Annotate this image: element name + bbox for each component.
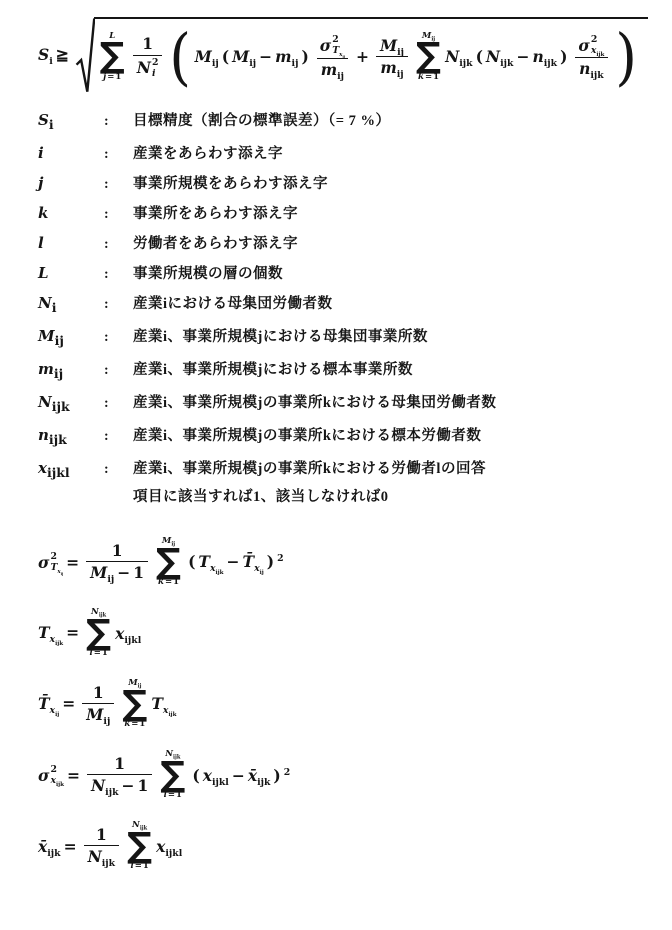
superscript: 2	[284, 767, 290, 778]
subscript: ijk	[55, 641, 63, 647]
denominator: Mij	[82, 703, 114, 725]
math-variable: n	[38, 426, 49, 444]
sup-sub-stack: σ2xijk	[38, 764, 64, 786]
denominator: nijk	[575, 57, 608, 79]
math-run: nijk	[38, 421, 67, 454]
summation-icon: ∑	[416, 41, 441, 72]
subscript: ij	[61, 572, 63, 576]
math-variable: T	[38, 623, 50, 642]
subscript: ij	[54, 366, 63, 381]
stack-subscript: Txij	[50, 562, 63, 574]
subscript: ijkl	[47, 465, 70, 480]
math-variable: k	[418, 72, 424, 82]
math-run: Mij	[38, 322, 64, 355]
math-run: =	[64, 766, 83, 785]
definition-colon: :	[104, 201, 133, 229]
summation-lower-limit: l=1	[164, 791, 182, 801]
main-formula: Si≧L∑j=11N2i(Mij(Mij−mij)σ2Txijmij+Mijmi…	[38, 14, 648, 96]
math-variable: σ	[578, 36, 589, 55]
summation: Nijk∑l=1	[127, 821, 152, 872]
math-number: 1	[176, 790, 182, 800]
fraction: σ2xijknijk	[574, 34, 608, 80]
summation-lower-limit: l=1	[89, 649, 107, 659]
fraction: 1Mij−1	[86, 541, 148, 584]
formula-sigma-x-squared: σ2xijk=1Nijk−1Nijk∑l=1(xijkl−x̄ijk)2	[38, 750, 648, 801]
numerator: σ2Txij	[316, 34, 349, 58]
denominator: Nijk	[84, 845, 120, 867]
definition-text: 事業所規模をあらわす添え字	[133, 170, 328, 198]
definition-colon: :	[104, 423, 133, 451]
math-run: k	[38, 199, 48, 227]
sup-sub-stack: N2i	[137, 57, 159, 79]
math-operator: =	[67, 766, 80, 785]
math-variable: M	[90, 563, 107, 582]
math-variable: l	[38, 234, 44, 252]
definition-symbol: mij	[38, 355, 104, 388]
math-run: xijkl	[38, 454, 70, 487]
math-run: σ	[38, 553, 49, 572]
subscript: ijk	[459, 58, 472, 69]
math-run: +	[353, 47, 372, 66]
definition-row: Ni : 産業iにおける母集団労働者数	[38, 289, 648, 322]
summation-icon: ∑	[127, 831, 152, 862]
math-operator: −	[232, 766, 245, 785]
math-operator: =	[425, 72, 432, 82]
math-variable: x	[115, 624, 124, 643]
summation: L∑j=1	[100, 32, 125, 83]
numerator: 1	[108, 541, 127, 561]
fraction: σ2Txijmij	[316, 34, 349, 81]
math-variable: M	[86, 705, 103, 724]
math-variable: M	[195, 47, 212, 66]
summation-lower-limit: l=1	[130, 862, 148, 872]
math-run: i	[152, 68, 156, 79]
subscript: ijk	[500, 58, 513, 69]
subscript: ij	[249, 58, 256, 69]
summation-lower-limit: k=1	[158, 578, 179, 588]
subscript: xijk	[50, 634, 64, 645]
math-run: xijkl	[115, 624, 141, 643]
numerator: Mij	[376, 36, 408, 56]
sup-sub-column: 2i	[152, 57, 158, 79]
math-run: σ	[320, 36, 331, 55]
math-variable: j	[38, 174, 43, 192]
sup-sub-column: 2xijk	[50, 764, 64, 786]
math-variable: T	[198, 552, 210, 571]
math-run: j	[38, 169, 43, 197]
math-row: L∑j=11N2i(Mij(Mij−mij)σ2Txijmij+MijmijMi…	[96, 32, 641, 83]
radical-body: L∑j=11N2i(Mij(Mij−mij)σ2Txijmij+MijmijMi…	[94, 17, 648, 94]
sup-sub-stack: σ2Txij	[320, 34, 345, 57]
math-row: x̄ijk=1NijkNijk∑l=1xijkl	[38, 821, 182, 872]
definition-colon: :	[104, 291, 133, 319]
subscript: ijk	[590, 71, 603, 82]
math-operator: =	[94, 648, 101, 658]
math-run: Txij	[332, 45, 345, 57]
definition-row: l : 労働者をあらわす添え字	[38, 229, 648, 259]
math-run: i	[38, 139, 44, 167]
math-variable: i	[38, 144, 44, 162]
math-run: xijk	[591, 45, 605, 56]
math-operator: =	[165, 577, 172, 587]
math-number: 2	[591, 34, 597, 45]
math-operator: )	[301, 47, 308, 66]
denominator: Mij−1	[86, 561, 148, 583]
math-operator: −	[259, 47, 272, 66]
math-row: Si≧L∑j=11N2i(Mij(Mij−mij)σ2Txijmij+Mijmi…	[38, 17, 648, 94]
stack-superscript: 2	[152, 57, 158, 68]
definition-row: i : 産業をあらわす添え字	[38, 139, 648, 169]
definition-symbol: i	[38, 139, 104, 167]
math-operator: =	[135, 861, 142, 871]
summation: Mij∑k=1	[416, 32, 441, 83]
math-operator: =	[66, 553, 79, 572]
math-run: Si≧	[38, 45, 72, 64]
math-variable: x	[203, 766, 212, 785]
math-variable: σ	[320, 36, 331, 55]
math-run: 1	[93, 683, 104, 702]
summation: Nijk∑l=1	[160, 750, 185, 801]
stack-superscript: 2	[50, 551, 56, 562]
denominator: mij	[317, 58, 348, 80]
subscript: ijk	[47, 848, 60, 859]
definition-colon: :	[104, 261, 133, 289]
math-variable: M	[380, 36, 397, 55]
definition-symbol: L	[38, 259, 104, 287]
math-run: σ	[38, 766, 49, 785]
definition-text: 産業i、事業所規模jの事業所kにおける労働者lの回答 項目に該当すれば1、該当し…	[133, 455, 486, 511]
subscript: ijkl	[165, 848, 182, 859]
math-run: Mij−1	[90, 563, 144, 582]
math-run: Nijk−1	[91, 776, 148, 795]
math-variable: l	[130, 861, 133, 871]
math-operator: =	[131, 719, 138, 729]
math-operator: (	[222, 47, 229, 66]
math-run: k=1	[124, 720, 145, 730]
math-variable: S	[38, 45, 49, 64]
math-operator: (	[188, 552, 195, 571]
subscript: ij	[103, 717, 110, 728]
definition-text: 事業所をあらわす添え字	[133, 200, 298, 228]
definition-symbol: Nijk	[38, 388, 104, 421]
definition-row: k : 事業所をあらわす添え字	[38, 199, 648, 229]
math-number: 1	[96, 825, 107, 844]
math-number: 2	[332, 34, 338, 45]
math-run: k=1	[158, 578, 179, 588]
math-operator: ≧	[56, 45, 69, 64]
math-variable: k	[124, 719, 130, 729]
superscript: 2	[277, 553, 283, 564]
math-run: 2	[50, 764, 56, 775]
summation-lower-limit: j=1	[103, 73, 121, 83]
math-run: l=1	[164, 791, 182, 801]
math-operator: (	[192, 766, 199, 785]
definition-row: nijk : 産業i、事業所規模jの事業所kにおける標本労働者数	[38, 421, 648, 454]
subscript: ij	[292, 58, 299, 69]
math-operator: (	[476, 47, 483, 66]
math-number: 1	[102, 648, 108, 658]
definition-row: Mij : 産業i、事業所規模jにおける母集団事業所数	[38, 322, 648, 355]
math-operator: )	[560, 47, 567, 66]
fraction: 1Mij	[82, 683, 114, 726]
math-variable: m	[321, 60, 337, 79]
subscript: i	[49, 56, 53, 67]
numerator: 1	[92, 825, 111, 845]
summation: Mij∑k=1	[122, 679, 147, 730]
subscript: ijk	[216, 570, 224, 576]
definition-row: j : 事業所規模をあらわす添え字	[38, 169, 648, 199]
summation-icon: ∑	[86, 618, 111, 649]
definition-symbol: l	[38, 229, 104, 257]
subscript: ij	[397, 69, 404, 80]
math-run: xijkl	[156, 837, 182, 856]
math-variable: k	[158, 577, 164, 587]
math-number: 1	[93, 683, 104, 702]
definition-text: 産業i、事業所規模jにおける標本事業所数	[133, 356, 413, 384]
definition-symbol: nijk	[38, 421, 104, 454]
definition-text: 産業をあらわす添え字	[133, 140, 283, 168]
formula-x-bar: x̄ijk=1NijkNijk∑l=1xijkl	[38, 821, 648, 872]
math-run: Si	[38, 106, 54, 139]
fraction: 1N2i	[133, 34, 163, 80]
math-operator: =	[66, 623, 79, 642]
math-run: σ	[578, 36, 589, 55]
math-variable: l	[164, 790, 167, 800]
subscript: ijkl	[124, 635, 141, 646]
math-variable: N	[38, 294, 52, 312]
math-run: Mij(Mij−mij)	[195, 47, 312, 66]
math-variable: j	[103, 72, 106, 82]
math-number: 1	[133, 563, 144, 582]
summation: Nijk∑l=1	[86, 608, 111, 659]
definition-text: 産業iにおける母集団労働者数	[133, 290, 333, 318]
math-operator: −	[227, 552, 240, 571]
subscript: ijk	[102, 858, 115, 869]
math-number: 2	[50, 764, 56, 775]
stack-subscript: xijk	[50, 775, 64, 786]
subscript: ijk	[544, 58, 557, 69]
fraction: 1Nijk−1	[87, 754, 152, 797]
subscript: ijk	[257, 777, 270, 788]
formula-T-bar: T̄xij=1MijMij∑k=1Txijk	[38, 679, 648, 730]
math-run: l=1	[89, 649, 107, 659]
summation-lower-limit: k=1	[418, 73, 439, 83]
math-run: 2	[50, 551, 56, 562]
math-variable: N	[88, 847, 102, 866]
definition-text-line1: 産業i、事業所規模jの事業所kにおける労働者lの回答	[133, 455, 486, 483]
math-run: mij	[321, 60, 344, 79]
definition-text: 事業所規模の層の個数	[133, 260, 283, 288]
subscript: ijk	[56, 782, 64, 788]
math-variable: m	[275, 47, 291, 66]
math-run: x̄ijk=	[38, 837, 80, 856]
math-run: xijk	[50, 775, 64, 786]
subscript: xij	[339, 52, 345, 58]
math-run: Nijk(Nijk−nijk)	[445, 47, 570, 66]
math-run: 1	[142, 34, 153, 53]
math-run: =	[63, 553, 82, 572]
numerator: 1	[138, 34, 157, 54]
subscript: ij	[337, 71, 344, 82]
math-number: 1	[433, 72, 439, 82]
fraction: 1Nijk	[84, 825, 120, 868]
math-run: k=1	[418, 73, 439, 83]
definition-row: mij : 産業i、事業所規模jにおける標本事業所数	[38, 355, 648, 388]
definition-symbol: xijkl	[38, 454, 104, 487]
math-operator: )	[267, 552, 274, 571]
math-run: N	[137, 58, 151, 77]
definition-symbol: k	[38, 199, 104, 227]
document-page: Si≧L∑j=11N2i(Mij(Mij−mij)σ2Txijmij+Mijmi…	[38, 14, 648, 930]
definition-symbol: Mij	[38, 322, 104, 355]
definition-row: Nijk : 産業i、事業所規模jの事業所kにおける母集団労働者数	[38, 388, 648, 421]
stack-superscript: 2	[591, 34, 597, 45]
math-variable: l	[89, 648, 92, 658]
math-number: 1	[173, 577, 179, 587]
math-variable: n	[579, 59, 590, 78]
math-variable: N	[445, 47, 459, 66]
math-row: T̄xij=1MijMij∑k=1Txijk	[38, 679, 176, 730]
summation-icon: ∑	[160, 760, 185, 791]
math-run: L	[38, 259, 49, 287]
summation-icon: ∑	[156, 547, 181, 578]
subscript: ijk	[49, 432, 67, 447]
math-variable: M	[38, 327, 55, 345]
math-run: Nijk	[38, 388, 70, 421]
definition-row: L : 事業所規模の層の個数	[38, 259, 648, 289]
numerator: 1	[110, 754, 129, 774]
numerator: 1	[89, 683, 108, 703]
math-variable: i	[152, 68, 156, 79]
subscript: i	[49, 117, 54, 132]
math-run: (xijkl−x̄ijk)2	[189, 766, 290, 785]
formula-T-total: Txijk=Nijk∑l=1xijkl	[38, 608, 648, 659]
definition-colon: :	[104, 456, 133, 484]
math-number: 1	[142, 34, 153, 53]
subscript: ij	[55, 712, 59, 718]
subscript: xijk	[163, 705, 177, 716]
math-variable: σ	[38, 766, 49, 785]
numerator: σ2xijk	[574, 34, 608, 57]
math-operator: =	[64, 837, 77, 856]
stack-superscript: 2	[332, 34, 338, 45]
math-variable: m	[380, 58, 396, 77]
math-variable: L	[38, 264, 49, 282]
definition-text: 産業i、事業所規模jの事業所kにおける標本労働者数	[133, 422, 481, 450]
math-run: 2	[332, 34, 338, 45]
denominator: N2i	[133, 55, 163, 80]
math-variable: k	[38, 204, 48, 222]
summation-lower-limit: k=1	[124, 720, 145, 730]
definition-text-line2: 項目に該当すれば1、該当しなければ0	[133, 483, 486, 511]
math-run: Ni	[38, 289, 56, 322]
sup-sub-column: 2xijk	[591, 34, 605, 56]
definition-text: 労働者をあらわす添え字	[133, 230, 298, 258]
definition-colon: :	[104, 141, 133, 169]
math-run: 1	[112, 541, 123, 560]
math-variable: x̄	[38, 837, 47, 856]
sup-sub-column: 2Txij	[332, 34, 345, 57]
math-run: Txij	[50, 562, 63, 574]
math-run: l=1	[130, 862, 148, 872]
math-run: Nijk	[88, 847, 116, 866]
definition-colon: :	[104, 324, 133, 352]
subscript: xij	[254, 563, 264, 574]
sup-sub-stack: σ2Txij	[38, 551, 63, 574]
math-operator: −	[122, 776, 135, 795]
math-variable: m	[38, 360, 54, 378]
subscript: ij	[260, 570, 264, 576]
subscript: ijk	[52, 399, 70, 414]
math-number: 1	[114, 754, 125, 773]
subscript: ij	[55, 333, 64, 348]
math-operator: −	[516, 47, 529, 66]
definition-colon: :	[104, 390, 133, 418]
math-operator: =	[62, 694, 75, 713]
math-run: Mij	[380, 36, 404, 55]
definition-symbol: j	[38, 169, 104, 197]
math-run: 2	[591, 34, 597, 45]
subscript: ijk	[168, 712, 176, 718]
math-number: 1	[138, 776, 149, 795]
math-variable: T̄	[38, 694, 50, 713]
sup-sub-stack: σ2xijk	[578, 34, 604, 56]
subscript: ijk	[105, 787, 118, 798]
math-variable: N	[91, 776, 105, 795]
radical: L∑j=11N2i(Mij(Mij−mij)σ2Txijmij+MijmijMi…	[75, 17, 648, 94]
math-run: j=1	[103, 73, 121, 83]
denominator: Nijk−1	[87, 774, 152, 796]
math-operator: −	[117, 563, 130, 582]
math-run: 1	[96, 825, 107, 844]
math-variable: N	[137, 58, 151, 77]
definition-colon: :	[104, 231, 133, 259]
summation-icon: ∑	[122, 689, 147, 720]
definition-row: Si : 目標精度（割合の標準誤差）（= 7 %）	[38, 106, 648, 139]
subscript: xijk	[210, 563, 224, 574]
math-variable: x̄	[248, 766, 257, 785]
math-variable: n	[532, 47, 543, 66]
math-variable: T̄	[243, 552, 255, 571]
math-run: 1	[114, 754, 125, 773]
summation-icon: ∑	[100, 41, 125, 72]
math-row: σ2Txij=1Mij−1Mij∑k=1(Txijk−T̄xij)2	[38, 537, 284, 588]
subscript: ij	[212, 58, 219, 69]
definition-text: 産業i、事業所規模jにおける母集団事業所数	[133, 323, 428, 351]
definition-text: 産業i、事業所規模jの事業所kにおける母集団労働者数	[133, 389, 496, 417]
definition-colon: :	[104, 108, 133, 136]
subscript: ijkl	[212, 777, 229, 788]
math-run: 2	[152, 57, 158, 68]
denominator: mij	[376, 56, 407, 78]
stack-subscript: xijk	[591, 45, 605, 56]
subscript: ij	[107, 575, 114, 586]
radical-sign-icon	[75, 17, 95, 94]
math-number: 2	[50, 551, 56, 562]
math-operator: +	[356, 47, 369, 66]
math-variable: σ	[38, 553, 49, 572]
math-number: 1	[115, 72, 121, 82]
definition-row: xijkl : 産業i、事業所規模jの事業所kにおける労働者lの回答 項目に該当…	[38, 454, 648, 511]
math-variable: T	[151, 694, 163, 713]
math-number: 1	[139, 719, 145, 729]
definition-text: 目標精度（割合の標準誤差）（= 7 %）	[133, 107, 391, 135]
stack-subscript: i	[152, 68, 156, 79]
math-variable: N	[38, 393, 52, 411]
math-variable: x	[156, 837, 165, 856]
math-row: Txijk=Nijk∑l=1xijkl	[38, 608, 141, 659]
math-run: l	[38, 229, 44, 257]
